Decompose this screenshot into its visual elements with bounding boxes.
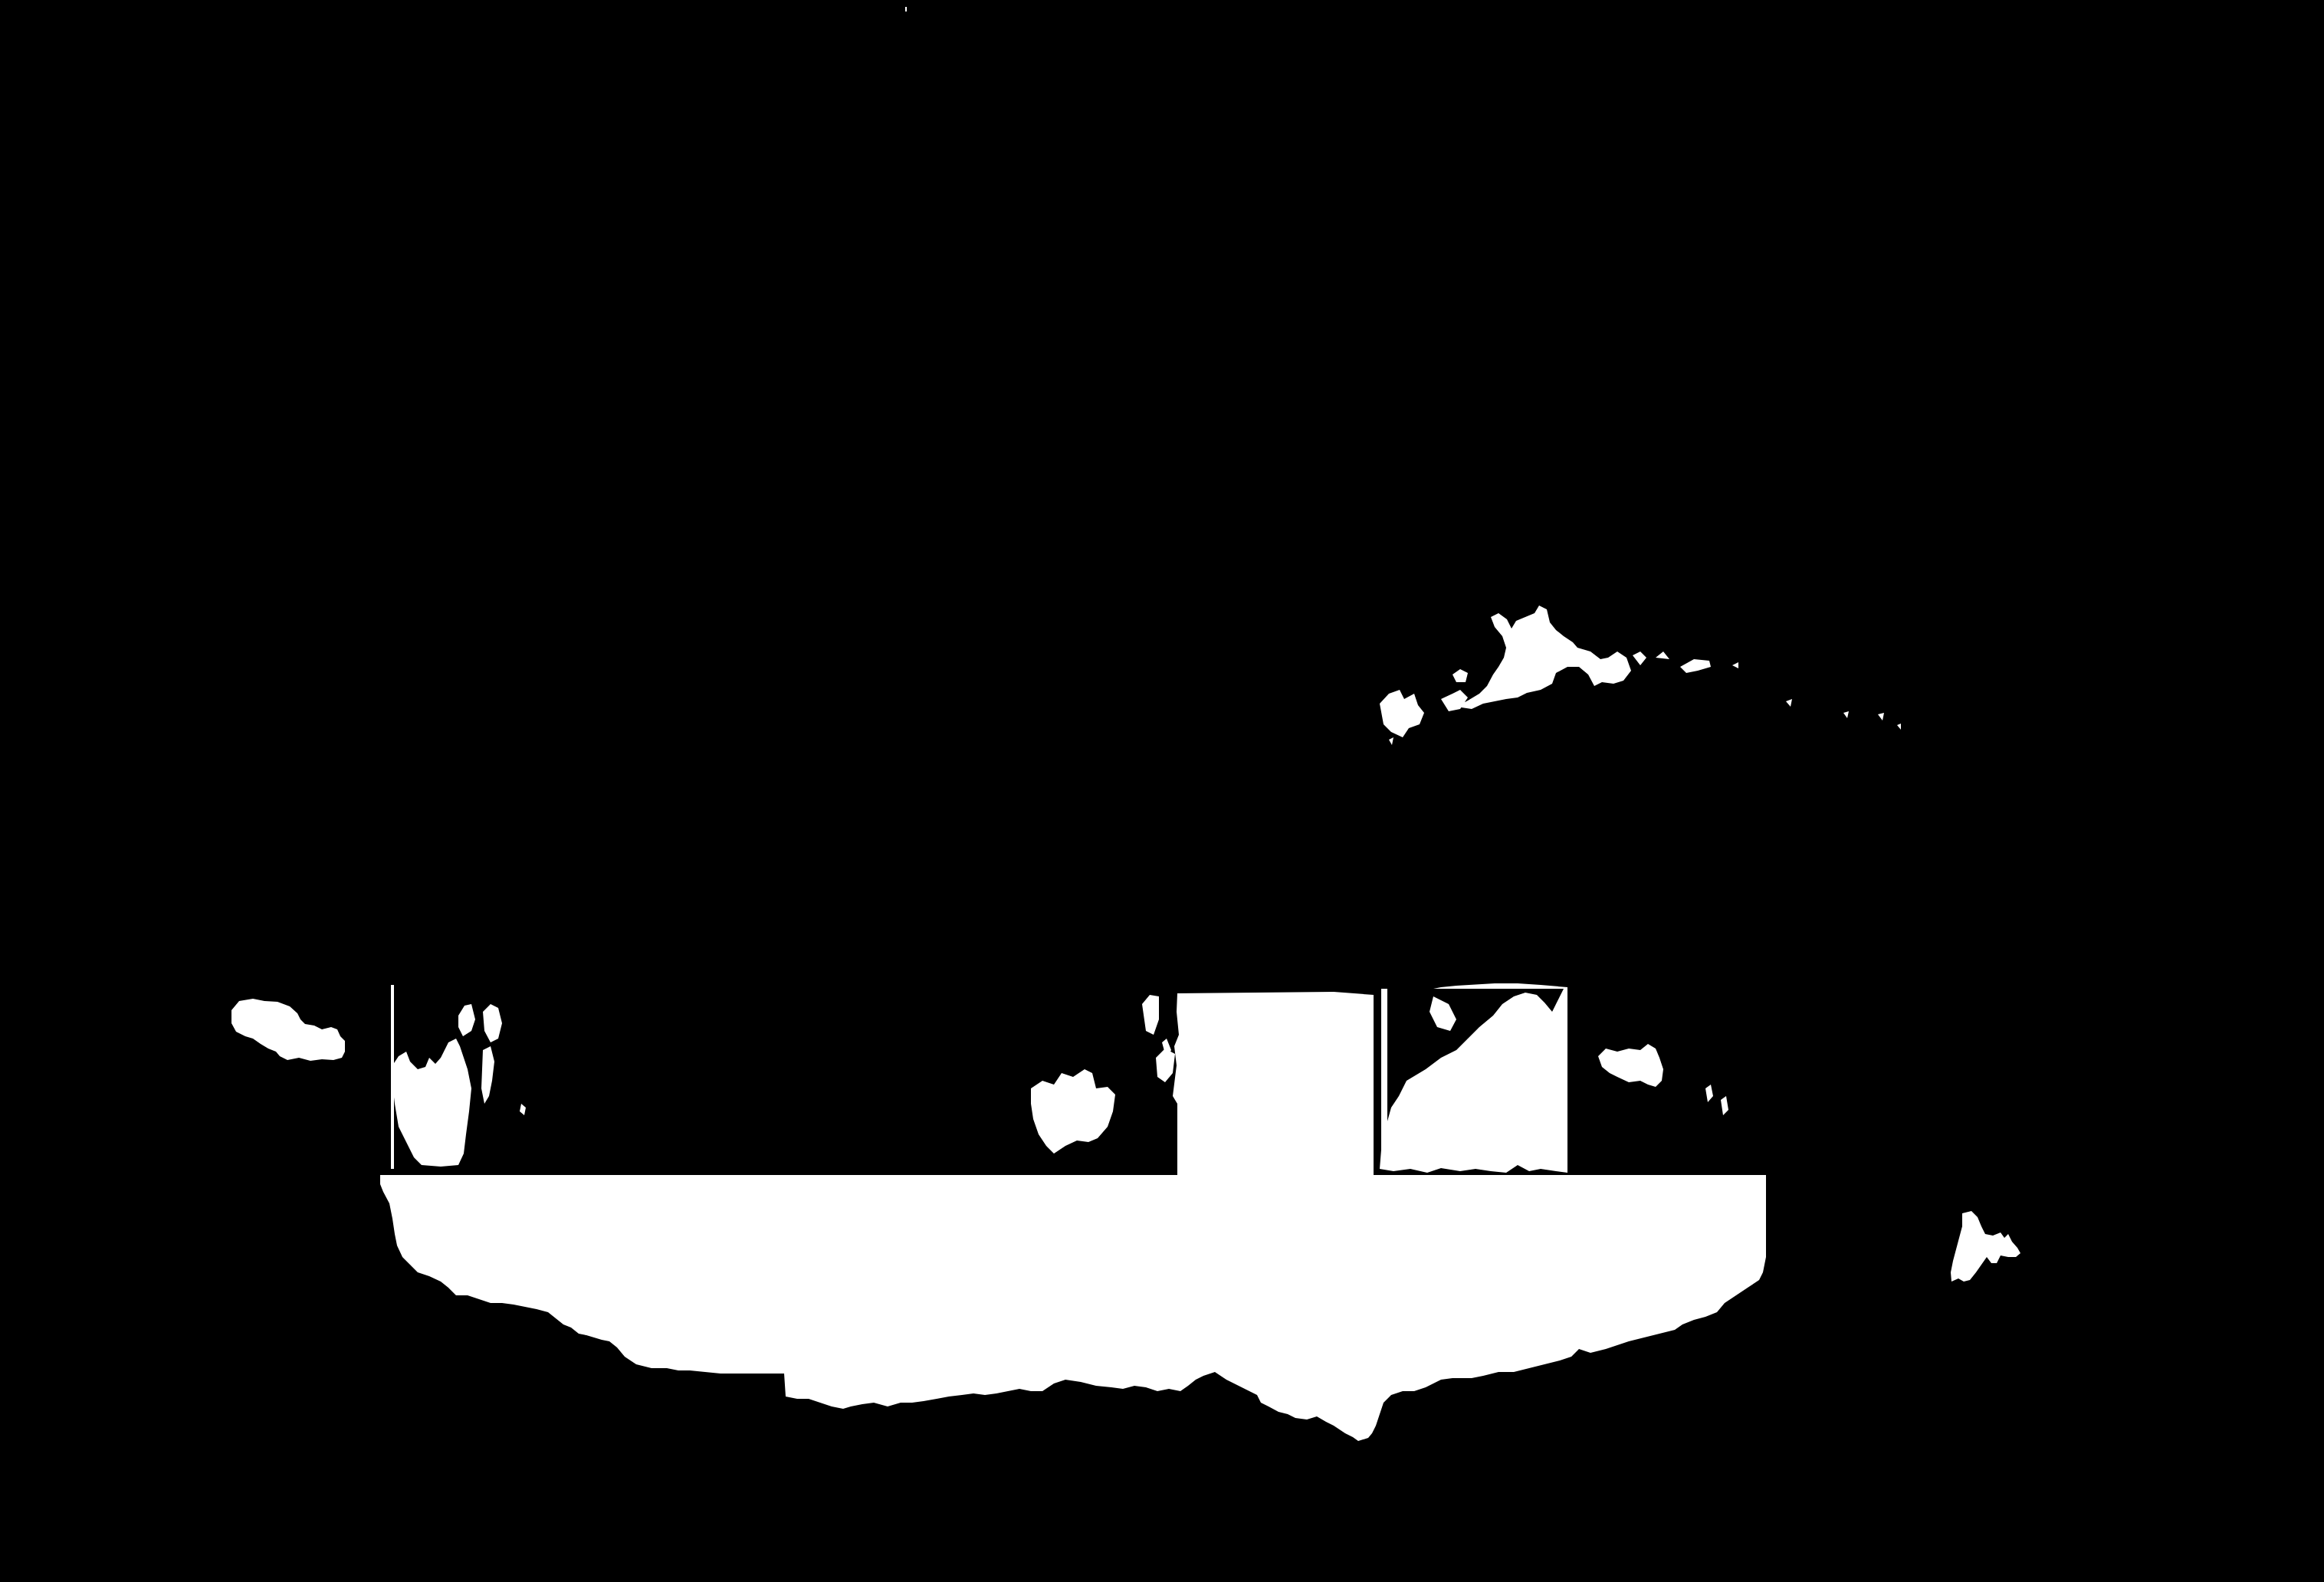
central-tower	[1156, 992, 1374, 1180]
speck	[905, 7, 907, 11]
segmentation-mask	[0, 0, 2324, 1582]
